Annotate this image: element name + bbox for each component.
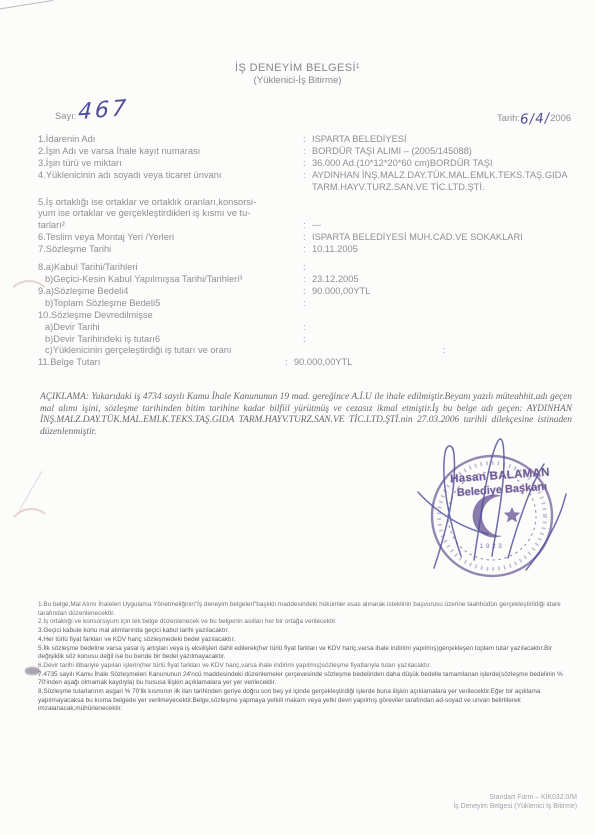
tarih-handwritten-value: 6/4/ xyxy=(520,110,551,128)
field-value: 90.000,00YTL xyxy=(294,357,583,369)
field-colon: : xyxy=(303,134,312,146)
field-colon: : xyxy=(303,158,312,170)
punch-hole-mark-bottom xyxy=(6,506,56,555)
explanation-paragraph: AÇIKLAMA: Yukarıdaki iş 4734 sayılı Kamu… xyxy=(40,392,572,438)
field-label: 4.Yüklenicinin adı soyadı veya ticaret ü… xyxy=(38,170,303,182)
field-value: ISPARTA BELEDİYESİ MUH.CAD.VE SOKAKLARI xyxy=(312,232,583,244)
field-value: 36.000 Ad.(10*12*20*60 cm)BORDÜR TAŞI xyxy=(312,158,583,170)
document-subtitle: (Yüklenici-İş Bitirme) xyxy=(0,75,595,86)
field-row-7: 7.Sözleşme Tarihi:10.11.2005 xyxy=(38,244,583,256)
field-colon: : xyxy=(303,298,312,310)
field-value xyxy=(312,322,583,334)
field-label: 3.İşin türü ve miktarı xyxy=(38,158,303,170)
field-row-4: 4.Yüklenicinin adı soyadı veya ticaret ü… xyxy=(38,170,583,182)
field-row-3: 3.İşin türü ve miktarı:36.000 Ad.(10*12*… xyxy=(38,158,583,170)
scan-scratch-mark xyxy=(19,471,43,511)
official-seal: 1923 xyxy=(408,436,580,586)
field-row-8a: 8.a)Kabul Tarihi/Tarihleri: xyxy=(38,262,583,274)
seal-year: 1923 xyxy=(480,543,504,550)
field-row-9a: 9.a)Sözleşme Bedeli4:90.000,00YTL xyxy=(38,286,583,298)
field-label: yum ise ortaklar ve gerçekleştirdikleri … xyxy=(38,208,303,220)
field-colon: : xyxy=(285,357,294,369)
field-value: AYDINHAN İNŞ.MALZ.DAY.TÜK.MAL.EMLK.TEKS.… xyxy=(312,170,583,182)
footnote-4: 4.Her türlü fiyat farkları ve KDV hariç … xyxy=(38,636,577,645)
sayi-handwritten-value: 467 xyxy=(77,96,129,126)
field-label: tarları² xyxy=(38,220,303,232)
footnote-6: 6.Devir tarihi itibariyle yapılan işleri… xyxy=(38,662,577,671)
field-label: a)Devir Tarihi xyxy=(38,322,303,334)
field-label: 5.İş ortaklığı ise ortaklar ve ortaklık … xyxy=(38,197,303,209)
field-value: 90.000,00YTL xyxy=(312,286,583,298)
field-label xyxy=(38,182,303,194)
sayi-row: Sayı: 467 xyxy=(55,110,76,121)
field-value: TARM.HAYV.TURZ.SAN.VE TİC.LTD.ŞTİ. xyxy=(312,182,583,194)
document-title: İŞ DENEYİM BELGESİ¹ xyxy=(0,62,595,74)
field-row-6: 6.Teslim veya Montaj Yeri /Yerleri:ISPAR… xyxy=(38,232,583,244)
form-code: Standart Form – KİK032.0/M İş Deneyim Be… xyxy=(453,793,577,811)
field-row-10a: a)Devir Tarihi: xyxy=(38,322,583,334)
document-page: İŞ DENEYİM BELGESİ¹ (Yüklenici-İş Bitirm… xyxy=(0,0,595,835)
tarih-row: Tarih:6/4/2006 xyxy=(497,111,571,127)
field-value: 23.12.2005 xyxy=(312,274,583,286)
field-label: b)Geçici-Kesin Kabul Yapılmışsa Tarihi/T… xyxy=(38,274,303,286)
field-label: b)Toplam Sözleşme Bedeli5 xyxy=(38,298,303,310)
field-label: c)Yüklenicinin gerçeleştirdiği iş tutarı… xyxy=(38,345,443,357)
field-row-8b: b)Geçici-Kesin Kabul Yapılmışsa Tarihi/T… xyxy=(38,274,583,286)
field-colon: : xyxy=(303,274,312,286)
field-colon: : xyxy=(303,322,312,334)
sayi-label: Sayı: xyxy=(55,110,76,121)
tarih-label: Tarih: xyxy=(497,112,520,123)
field-value xyxy=(312,262,583,274)
field-label: 1.İdarenin Adı xyxy=(38,134,303,146)
field-row-10c: c)Yüklenicinin gerçeleştirdiği iş tutarı… xyxy=(38,345,583,357)
field-colon: : xyxy=(303,286,312,298)
field-colon: : xyxy=(303,220,312,232)
field-label: 10.Sözleşme Devredilmişse xyxy=(38,310,303,322)
field-row-5-line2: yum ise ortaklar ve gerçekleştirdikleri … xyxy=(38,208,583,220)
field-value xyxy=(312,334,583,346)
field-row-5-line3: tarları²:--- xyxy=(38,220,583,232)
footnote-7: 7.4735 sayılı Kamu İhale Sözleşmeleri Ka… xyxy=(38,671,577,688)
field-value xyxy=(312,298,583,310)
field-row-10b: b)Devir Tarihindeki iş tutarı6: xyxy=(38,334,583,346)
field-row-4-cont: TARM.HAYV.TURZ.SAN.VE TİC.LTD.ŞTİ. xyxy=(38,182,583,194)
field-row-5-line1: 5.İş ortaklığı ise ortaklar ve ortaklık … xyxy=(38,197,583,209)
field-row-1: 1.İdarenin Adı:ISPARTA BELEDİYESİ xyxy=(38,134,583,146)
star-icon xyxy=(504,507,520,522)
footnote-8: 8.Sözleşme tutarlarının asgari % 70'lik … xyxy=(38,688,577,714)
scan-corner-line xyxy=(0,0,53,10)
field-colon: : xyxy=(303,262,312,274)
field-colon: : xyxy=(303,146,312,158)
footnote-5: 5.İlk sözleşme bedeline varsa yasal iş a… xyxy=(38,645,577,662)
field-label: 11.Belge Tutarı xyxy=(38,357,285,369)
field-row-2: 2.İşin Adı ve varsa İhale kayıt numarası… xyxy=(38,146,583,158)
form-code-line1: Standart Form – KİK032.0/M xyxy=(453,793,577,802)
field-colon: : xyxy=(303,244,312,256)
fields-list: 1.İdarenin Adı:ISPARTA BELEDİYESİ 2.İşin… xyxy=(38,134,583,369)
field-label: b)Devir Tarihindeki iş tutarı6 xyxy=(38,334,303,346)
field-value: ISPARTA BELEDİYESİ xyxy=(312,134,583,146)
footnote-1: 1.Bu belge,Mal Alımı İhaleleri Uygulama … xyxy=(38,601,577,618)
footnotes-section: 1.Bu belge,Mal Alımı İhaleleri Uygulama … xyxy=(38,601,577,714)
seal-and-signature-graphic: 1923 xyxy=(408,436,580,586)
footnote-3: 3.Geçici kabule konu mal alımlarında geç… xyxy=(38,627,577,636)
field-colon: : xyxy=(303,170,312,182)
tarih-year: 2006 xyxy=(550,112,571,123)
field-row-10: 10.Sözleşme Devredilmişse xyxy=(38,310,583,322)
field-value: 10.11.2005 xyxy=(312,244,583,256)
field-colon: : xyxy=(303,232,312,244)
field-label: 8.a)Kabul Tarihi/Tarihleri xyxy=(38,262,303,274)
field-row-9b: b)Toplam Sözleşme Bedeli5: xyxy=(38,298,583,310)
field-value: --- xyxy=(312,220,583,232)
signature-strokes xyxy=(418,439,566,570)
field-label: 2.İşin Adı ve varsa İhale kayıt numarası xyxy=(38,146,303,158)
field-label: 6.Teslim veya Montaj Yeri /Yerleri xyxy=(38,232,303,244)
field-colon: : xyxy=(443,345,452,357)
field-label: 9.a)Sözleşme Bedeli4 xyxy=(38,286,303,298)
field-colon: : xyxy=(303,334,312,346)
footnote-2: 2.İş ortaklığı ve konsorsiyum için tek b… xyxy=(38,618,577,627)
field-value: BORDÜR TAŞI ALIMI – (2005/145088) xyxy=(312,146,583,158)
field-label: 7.Sözleşme Tarihi xyxy=(38,244,303,256)
form-code-line2: İş Deneyim Belgesi (Yüklenici İş Bitirme… xyxy=(453,802,577,811)
field-colon xyxy=(303,182,312,194)
field-value xyxy=(452,345,583,357)
field-row-11: 11.Belge Tutarı:90.000,00YTL xyxy=(38,357,583,369)
